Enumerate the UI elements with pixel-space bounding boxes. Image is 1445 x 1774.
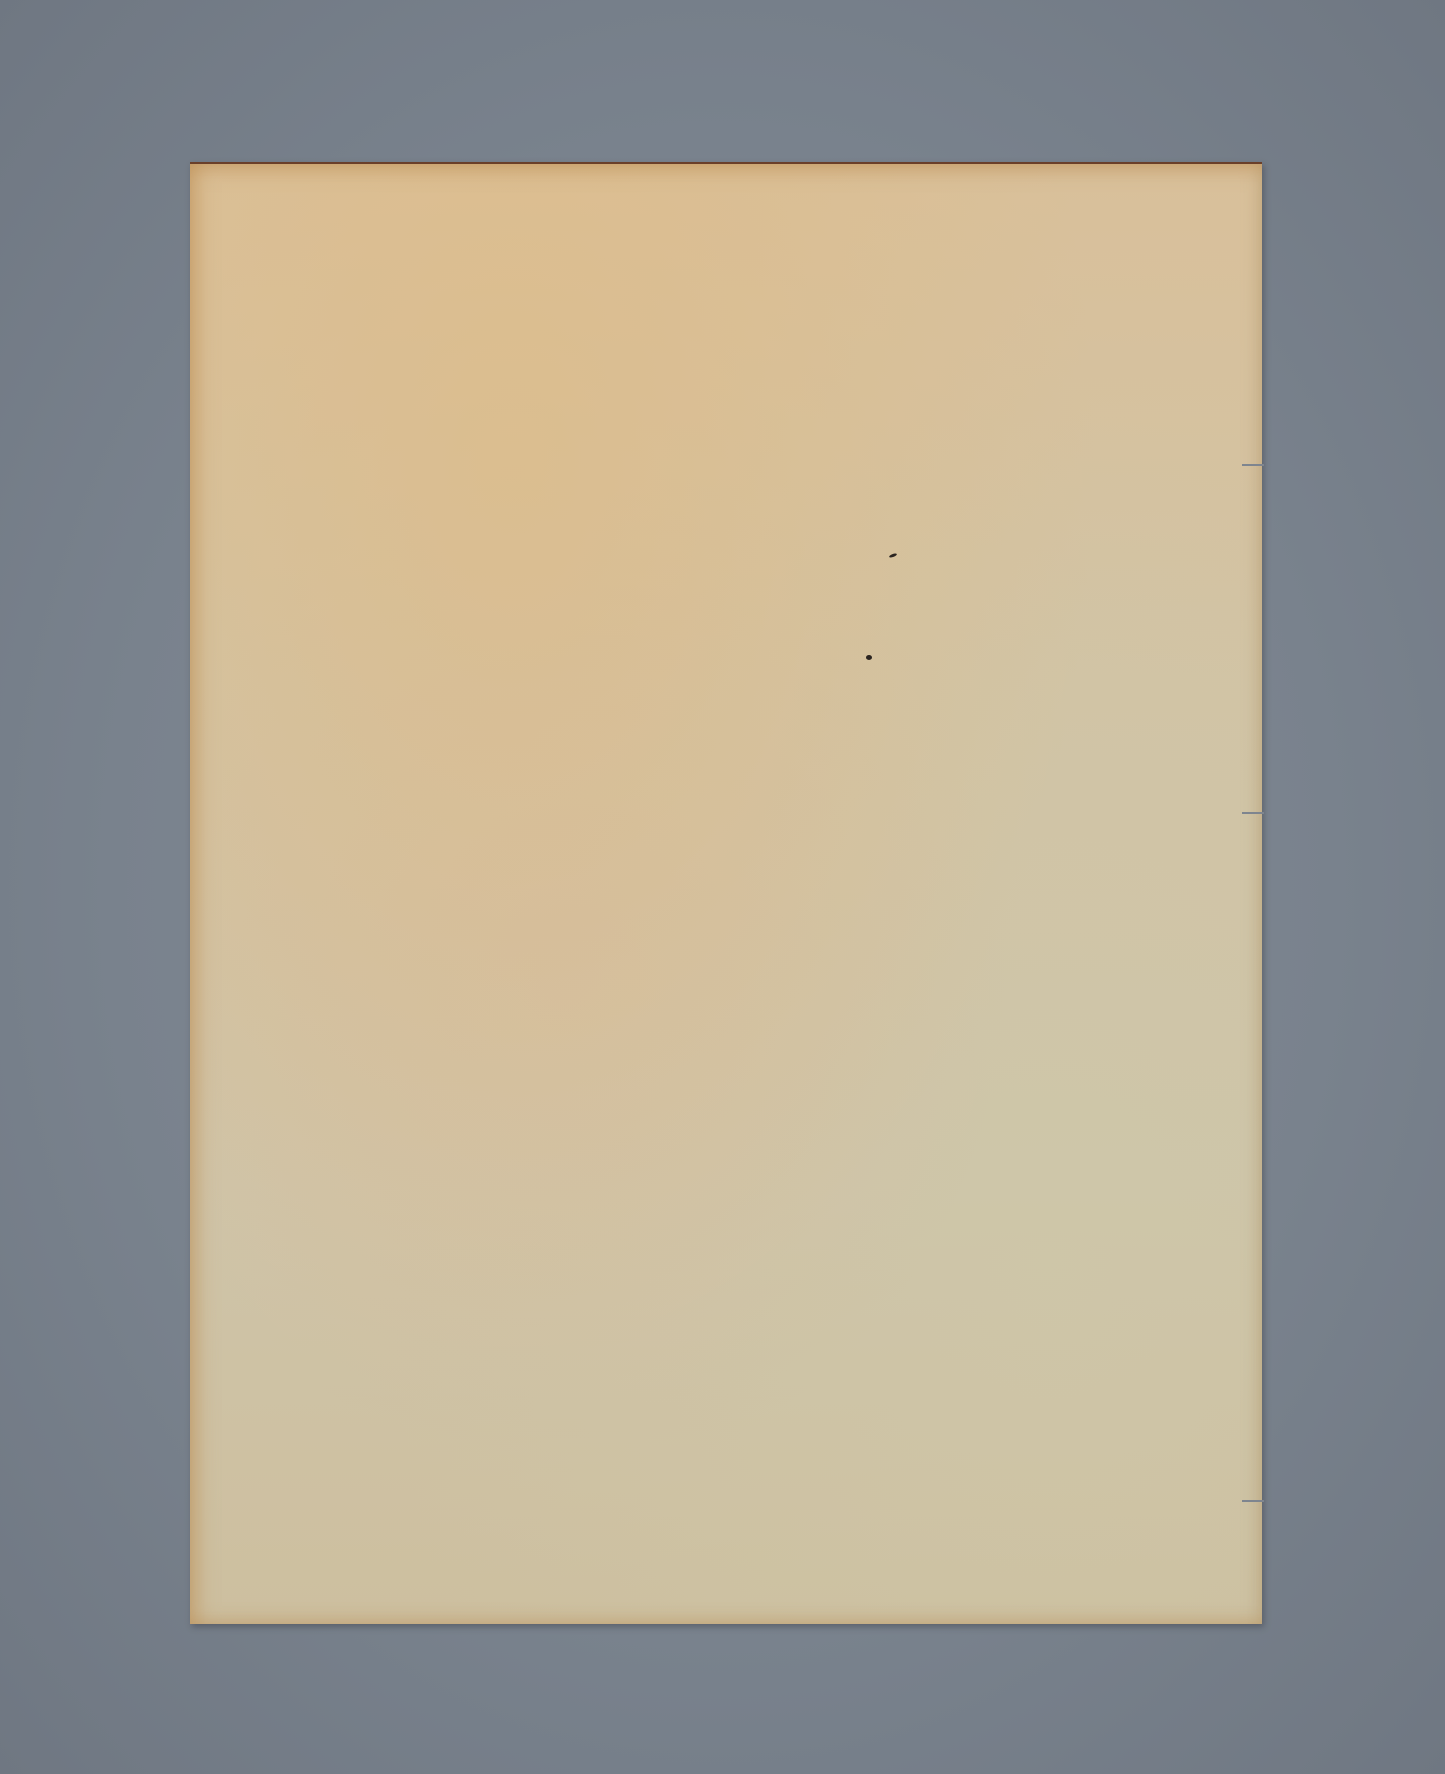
- edge-tear: [1242, 812, 1264, 814]
- paper-speck: [889, 553, 898, 559]
- blank-paper-sheet: [190, 162, 1262, 1624]
- edge-tear: [1242, 1500, 1264, 1502]
- edge-tear: [1242, 464, 1264, 466]
- paper-speck: [866, 655, 872, 660]
